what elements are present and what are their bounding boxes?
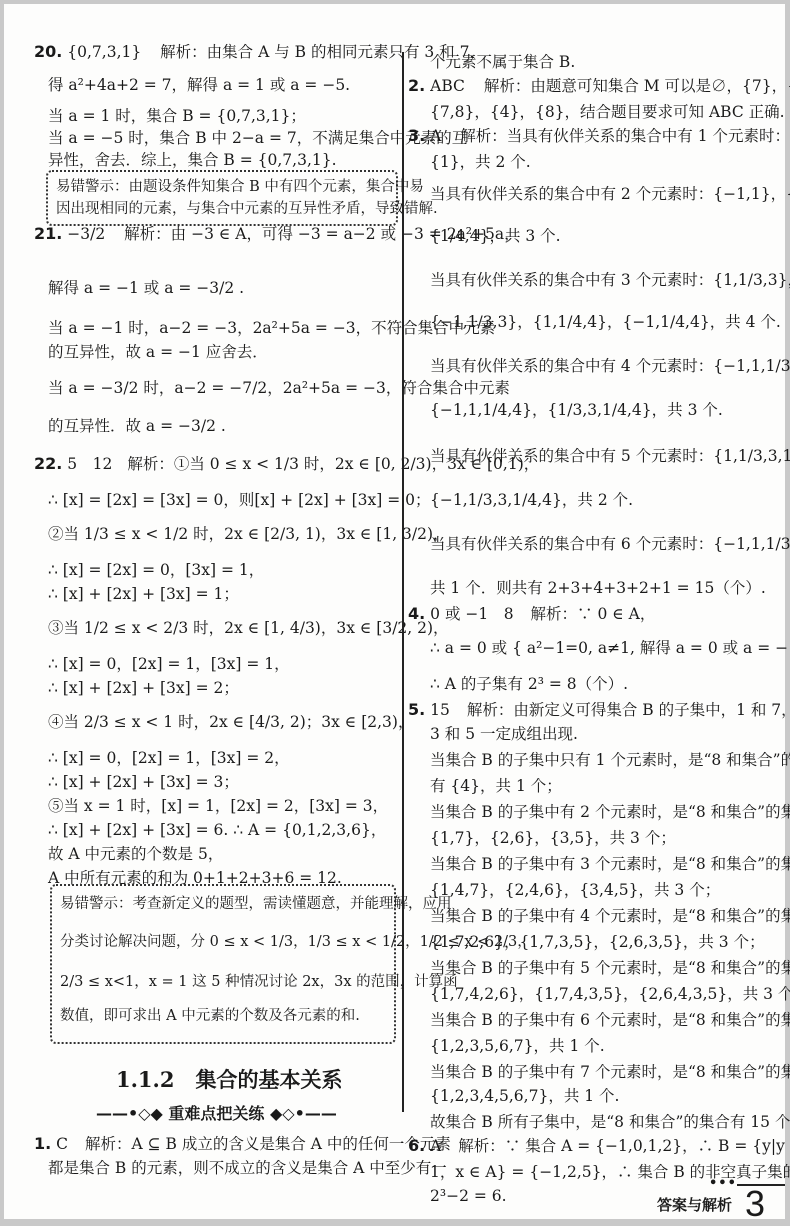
q3-line-11: 共 1 个．则共有 2+3+4+3+2+1 = 15（个）. (430, 576, 766, 600)
q3-line-4: 当具有伙伴关系的集合中有 3 个元素时：{1,1/3,3}， (430, 268, 790, 292)
q3-number: 3. (408, 126, 425, 145)
q22-line-8: ④当 2/3 ≤ x < 1 时，2x ∈ [4/3, 2)；3x ∈ [2,3… (48, 710, 413, 734)
q21-line-2: 当 a = −1 时，a−2 = −3，2a²+5a = −3，不符合集合中元素 (48, 316, 495, 340)
q21-number: 21. (34, 224, 62, 243)
q22-line-13: 故 A 中元素的个数是 5， (48, 842, 223, 866)
q22-line-11: ⑤当 x = 1 时，[x] = 1，[2x] = 2，[3x] = 3， (48, 794, 388, 818)
q22-line-2: ②当 1/3 ≤ x < 1/2 时，2x ∈ [2/3, 1)，3x ∈ [1… (48, 522, 449, 546)
q20-warning-line-0: 易错警示：由题设条件知集合 B 中有四个元素，集合中易 (56, 175, 424, 199)
q20-warning-box: 易错警示：由题设条件知集合 B 中有四个元素，集合中易 因出现相同的元素，与集合… (46, 170, 398, 226)
q20-line-3: 当 a = −5 时，集合 B 中 2−a = 7，不满足集合中元素的互 (48, 126, 467, 150)
q20-line-4: 异性，舍去．综上，集合 B = {0,7,3,1}. (48, 148, 337, 172)
q22-line-10: ∴ [x] + [2x] + [3x] = 3； (48, 770, 239, 794)
q22-warning-line-3: 数值，即可求出 A 中元素的个数及各元素的和. (60, 1004, 360, 1028)
q1-line-0: 解析：A ⊆ B 成立的含义是集合 A 中的任何一个元素 (85, 1135, 451, 1153)
q4-line-0: 解析：∵ 0 ∈ A， (531, 605, 656, 623)
q21-line-3: 的互异性，故 a = −1 应舍去． (48, 340, 268, 364)
q22-line-5: ③当 1/2 ≤ x < 2/3 时，2x ∈ [1, 4/3)，3x ∈ [3… (48, 616, 449, 640)
q6-number: 6. (408, 1136, 425, 1155)
q22-line-4: ∴ [x] + [2x] + [3x] = 1； (48, 582, 239, 606)
q3-line-0: 解析：当具有伙伴关系的集合中有 1 个元素时：{−1}， (460, 127, 790, 145)
q6-header: 6. A 解析：∵ 集合 A = {−1,0,1,2}，∴ B = {y|y =… (408, 1134, 790, 1158)
q3-line-8: 当具有伙伴关系的集合中有 5 个元素时：{1,1/3,3,1/4,4}， (430, 444, 790, 468)
q20-line-2: 当 a = 1 时，集合 B = {0,7,3,1}； (48, 104, 306, 128)
q20-number: 20. (34, 42, 62, 61)
q6-answer: A (430, 1137, 441, 1155)
ornament-right-icon: ◆◇•—— (264, 1104, 336, 1123)
column-divider (402, 52, 404, 1112)
q3-line-1: {1}，共 2 个. (430, 150, 531, 174)
footer-label: 答案与解析 (657, 1194, 732, 1215)
q5-line-15: {1,2,3,4,5,6,7}，共 1 个. (430, 1084, 619, 1108)
q2-header: 2. ABC 解析：由题意可知集合 M 可以是∅，{7}，{4,7}， (408, 74, 790, 98)
q5-line-1: 3 和 5 一定成组出现. (430, 722, 578, 746)
q20-warning-line-1: 因出现相同的元素，与集合中元素的互异性矛盾，导致错解. (56, 197, 438, 221)
q5-answer: 15 (430, 701, 450, 719)
q2-line-0: 解析：由题意可知集合 M 可以是∅，{7}，{4,7}， (484, 77, 790, 95)
q1-continuation: 个元素不属于集合 B. (430, 50, 575, 74)
q5-line-6: 当集合 B 的子集中有 3 个元素时，是“8 和集合”的集合有 (430, 852, 790, 876)
q1-answer: C (56, 1135, 68, 1153)
q22-warning-box: 易错警示：考查新定义的题型，需读懂题意，并能理解，应用 分类讨论解决问题，分 0… (50, 884, 396, 1044)
section-title: 1.1.2 集合的基本关系 (116, 1068, 342, 1092)
q21-line-5: 的互异性．故 a = −3/2 . (48, 414, 226, 438)
q4-line-2: ∴ A 的子集有 2³ = 8（个）. (430, 672, 628, 696)
q1-line-1: 都是集合 B 的元素，则不成立的含义是集合 A 中至少有一 (48, 1156, 447, 1180)
q21-line-4: 当 a = −3/2 时，a−2 = −7/2，2a²+5a = −3，符合集合… (48, 376, 510, 400)
footer-dots-icon: ••• (709, 1176, 737, 1191)
q22-number: 22. (34, 454, 62, 473)
q5-line-0: 解析：由新定义可得集合 B 的子集中，1 和 7，2 和 6， (467, 701, 790, 719)
q22-line-6: ∴ [x] = 0，[2x] = 1，[3x] = 1， (48, 652, 290, 676)
q3-line-2: 当具有伙伴关系的集合中有 2 个元素时：{−1,1}，{1/3,3}， (430, 182, 790, 206)
q22-warning-line-0: 易错警示：考查新定义的题型，需读懂题意，并能理解，应用 (60, 892, 452, 916)
q5-line-8: 当集合 B 的子集中有 4 个元素时，是“8 和集合”的集合有 (430, 904, 790, 928)
q3-line-10: 当具有伙伴关系的集合中有 6 个元素时：{−1,1,1/3,3,1/4,4}， (430, 532, 790, 556)
ornament-left-icon: ——•◇◆ (96, 1104, 168, 1123)
q22-line-7: ∴ [x] + [2x] + [3x] = 2； (48, 676, 239, 700)
q5-line-9: {1,7,2,6}，{1,7,3,5}，{2,6,3,5}，共 3 个； (430, 930, 765, 954)
answer-page: 20. {0,7,3,1} 解析：由集合 A 与 B 的相同元素只有 3 和 7… (4, 4, 785, 1219)
q4-answer: 0 或 −1 8 (430, 605, 513, 623)
q3-line-9: {−1,1/3,3,1/4,4}，共 2 个. (430, 488, 633, 512)
q20-header: 20. {0,7,3,1} 解析：由集合 A 与 B 的相同元素只有 3 和 7… (34, 40, 485, 64)
q22-line-9: ∴ [x] = 0，[2x] = 1，[3x] = 2， (48, 746, 290, 770)
q2-answer: ABC (430, 77, 465, 95)
q3-line-3: {1/4,4}，共 3 个. (430, 224, 561, 248)
q5-line-5: {1,7}，{2,6}，{3,5}，共 3 个； (430, 826, 676, 850)
q6-line-2: 2³−2 = 6. (430, 1184, 507, 1208)
q4-line-1: ∴ a = 0 或 { a²−1=0, a≠1, 解得 a = 0 或 a = … (430, 636, 790, 660)
q5-line-13: {1,2,3,5,6,7}，共 1 个. (430, 1034, 605, 1058)
q2-number: 2. (408, 76, 425, 95)
q22-warning-line-2: 2/3 ≤ x<1，x = 1 这 5 种情况讨论 2x，3x 的范围，计算函 (60, 970, 458, 994)
section-subtitle: ——•◇◆ 重难点把关练 ◆◇•—— (96, 1102, 337, 1126)
q21-line-1: 解得 a = −1 或 a = −3/2 . (48, 276, 244, 300)
q3-line-6: 当具有伙伴关系的集合中有 4 个元素时：{−1,1,1/3,3}， (430, 354, 790, 378)
q22-line-12: ∴ [x] + [2x] + [3x] = 6. ∴ A = {0,1,2,3,… (48, 818, 386, 842)
q4-number: 4. (408, 604, 425, 623)
q5-line-12: 当集合 B 的子集中有 6 个元素时，是“8 和集合”的集合有 (430, 1008, 790, 1032)
section-subtitle-text: 重难点把关练 (168, 1104, 264, 1123)
page-number: 3 (745, 1186, 765, 1222)
q5-line-14: 当集合 B 的子集中有 7 个元素时，是“8 和集合”的集合有 (430, 1060, 790, 1084)
q6-line-0: 解析：∵ 集合 A = {−1,0,1,2}，∴ B = {y|y = 3|x|… (458, 1137, 790, 1155)
q5-line-2: 当集合 B 的子集中只有 1 个元素时，是“8 和集合”的集合 (430, 748, 790, 772)
q1-header: 1. C 解析：A ⊆ B 成立的含义是集合 A 中的任何一个元素 (34, 1132, 451, 1156)
q5-line-4: 当集合 B 的子集中有 2 个元素时，是“8 和集合”的集合有 (430, 800, 790, 824)
q5-line-16: 故集合 B 所有子集中，是“8 和集合”的集合有 15 个. (430, 1110, 790, 1134)
q4-header: 4. 0 或 −1 8 解析：∵ 0 ∈ A， (408, 602, 655, 626)
q3-header: 3. A 解析：当具有伙伴关系的集合中有 1 个元素时：{−1}， (408, 124, 790, 148)
q3-answer: A (430, 127, 441, 145)
q20-answer: {0,7,3,1} (67, 43, 141, 61)
q1-number: 1. (34, 1134, 51, 1153)
q5-line-7: {1,4,7}，{2,4,6}，{3,4,5}，共 3 个； (430, 878, 720, 902)
q5-line-3: 有 {4}，共 1 个； (430, 774, 562, 798)
q22-answer: 5 12 (67, 455, 112, 473)
q3-line-5: {−1,1/3,3}，{1,1/4,4}，{−1,1/4,4}，共 4 个. (430, 310, 781, 334)
q2-line-1: {7,8}，{4}，{8}，结合题目要求可知 ABC 正确. (430, 100, 785, 124)
q20-line-1: 得 a²+4a+2 = 7，解得 a = 1 或 a = −5. (48, 73, 350, 97)
q3-line-7: {−1,1,1/4,4}，{1/3,3,1/4,4}，共 3 个. (430, 398, 723, 422)
q5-number: 5. (408, 700, 425, 719)
q22-line-1: ∴ [x] = [2x] = [3x] = 0，则[x] + [2x] + [3… (48, 488, 431, 512)
q5-line-11: {1,7,4,2,6}，{1,7,4,3,5}，{2,6,4,3,5}，共 3 … (430, 982, 790, 1006)
q5-line-10: 当集合 B 的子集中有 5 个元素时，是“8 和集合”的集合有 (430, 956, 790, 980)
q21-answer: −3/2 (67, 225, 105, 243)
q22-line-3: ∴ [x] = [2x] = 0，[3x] = 1， (48, 558, 264, 582)
q5-header: 5. 15 解析：由新定义可得集合 B 的子集中，1 和 7，2 和 6， (408, 698, 790, 722)
